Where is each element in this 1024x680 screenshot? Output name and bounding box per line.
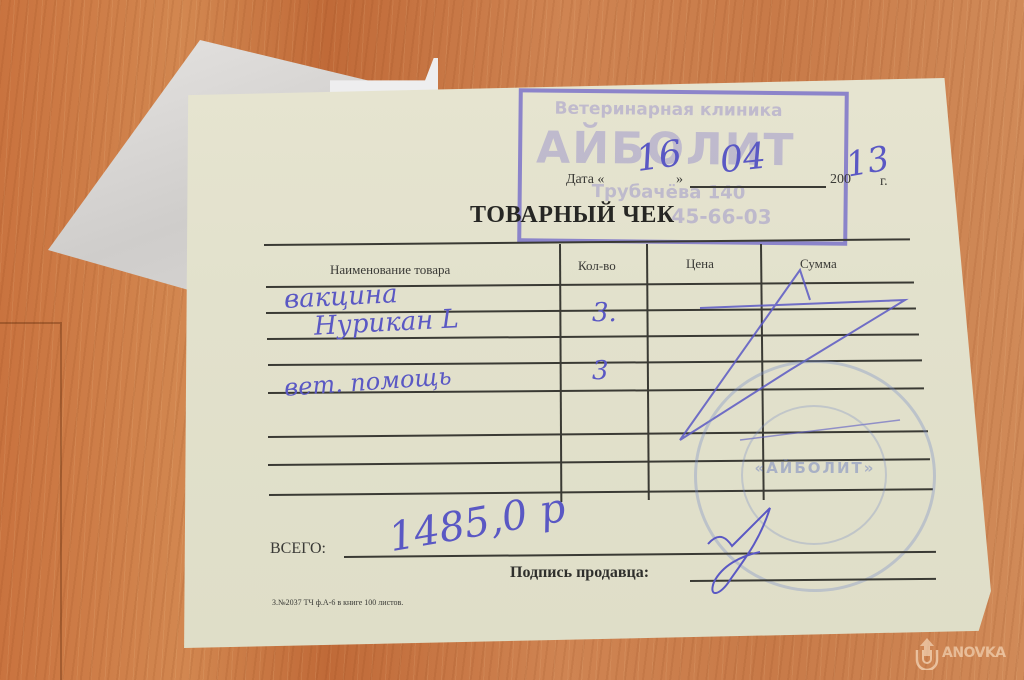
seller-signature-scribble	[700, 500, 790, 600]
total-label: ВСЕГО:	[270, 540, 326, 558]
watermark-text: ANOVKA	[942, 645, 1006, 661]
form-footer-print: З.№2037 ТЧ ф.А-6 в книге 100 листов.	[272, 598, 403, 607]
round-seal-center-text: «АЙБОЛИТ»	[697, 459, 933, 477]
site-watermark: ANOVKA	[914, 636, 1006, 670]
seller-signature-label: Подпись продавца:	[510, 564, 649, 582]
ulanovka-logo-icon	[914, 636, 940, 670]
